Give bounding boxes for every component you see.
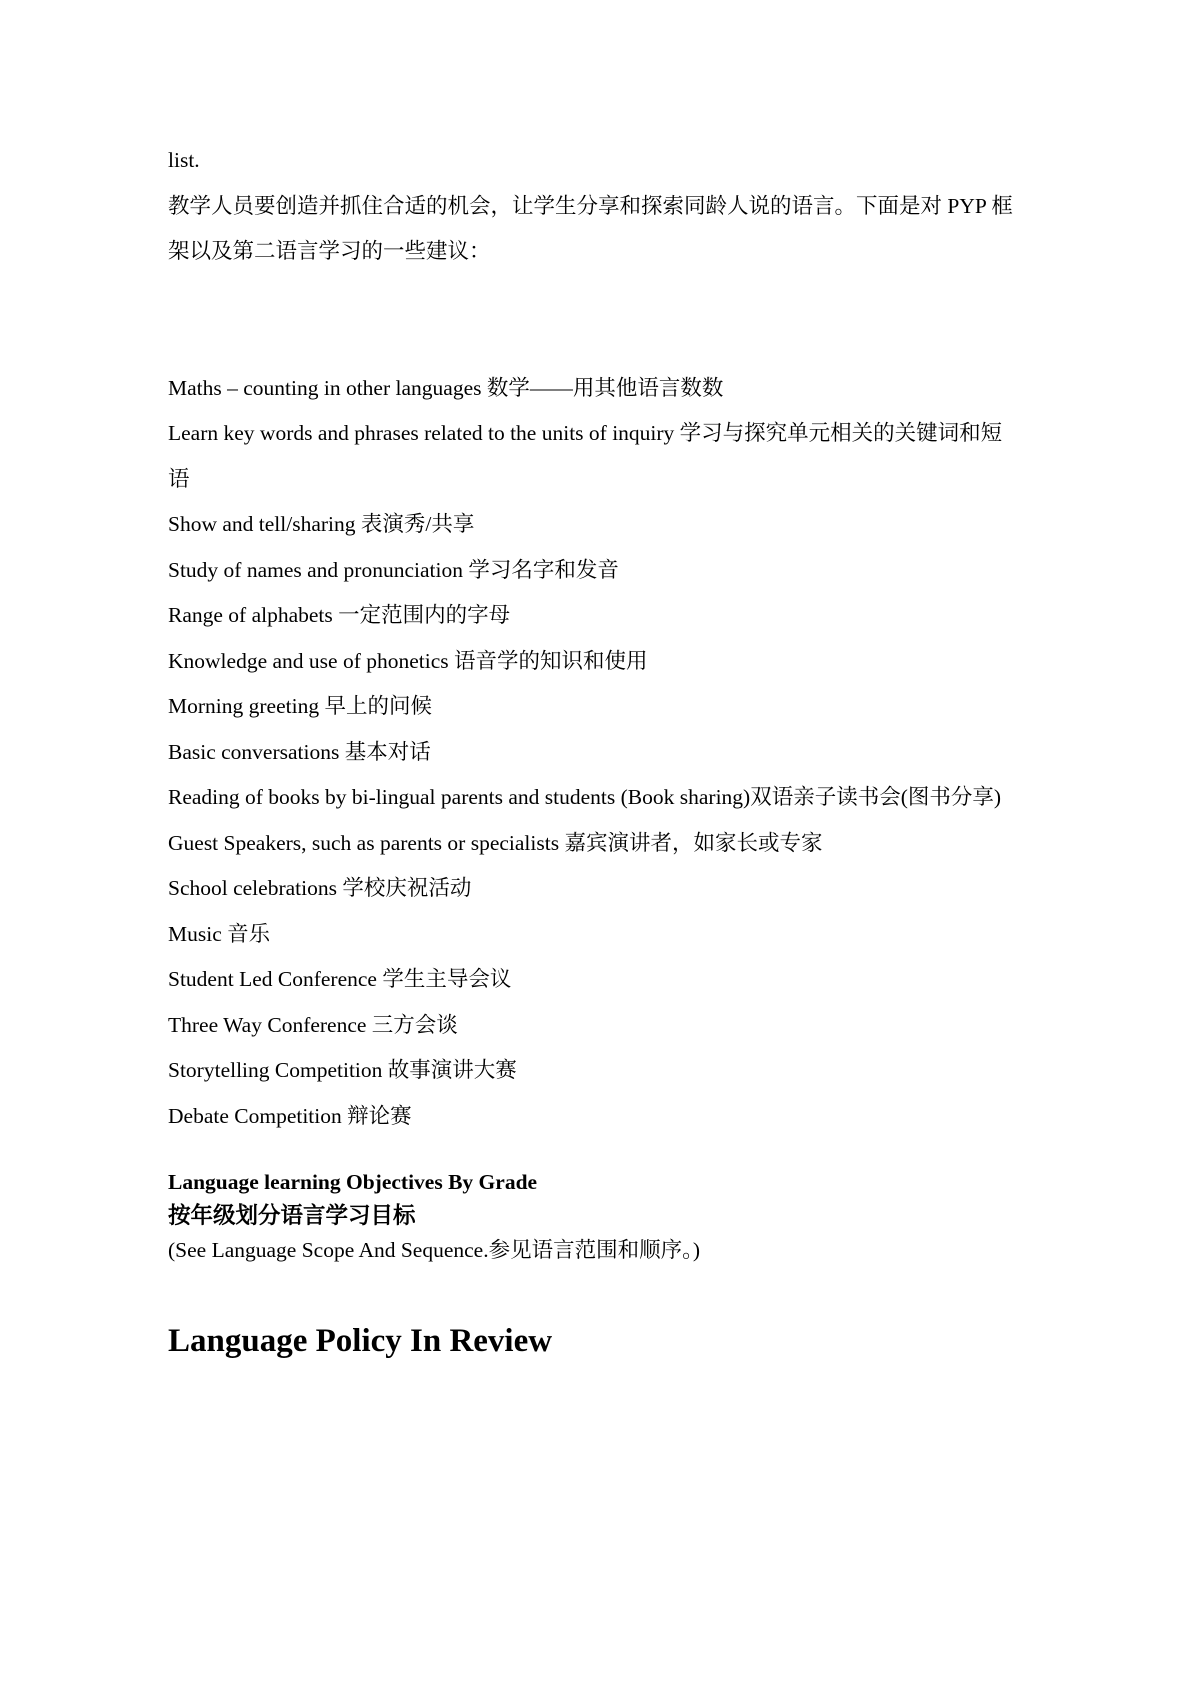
intro-paragraph: 教学人员要创造并抓住合适的机会，让学生分享和探索同龄人说的语言。下面是对 PYP… <box>168 184 1022 275</box>
suggestions-list: Maths – counting in other languages 数学——… <box>168 366 1022 1140</box>
suggestion-item: Reading of books by bi-lingual parents a… <box>168 775 1022 821</box>
suggestion-item: Knowledge and use of phonetics 语音学的知识和使用 <box>168 639 1022 685</box>
suggestion-item: Range of alphabets 一定范围内的字母 <box>168 593 1022 639</box>
intro-fragment-line: list. <box>168 138 1022 184</box>
suggestion-item: Storytelling Competition 故事演讲大赛 <box>168 1048 1022 1094</box>
suggestion-item: School celebrations 学校庆祝活动 <box>168 866 1022 912</box>
document-page: list. 教学人员要创造并抓住合适的机会，让学生分享和探索同龄人说的语言。下面… <box>0 0 1190 1683</box>
objectives-section: Language learning Objectives By Grade 按年… <box>168 1165 1022 1267</box>
suggestion-item: Basic conversations 基本对话 <box>168 730 1022 776</box>
objectives-heading-en: Language learning Objectives By Grade <box>168 1165 1022 1199</box>
suggestion-item: Debate Competition 辩论赛 <box>168 1094 1022 1140</box>
suggestion-item: Music 音乐 <box>168 912 1022 958</box>
suggestion-item: Three Way Conference 三方会谈 <box>168 1003 1022 1049</box>
suggestion-item: Show and tell/sharing 表演秀/共享 <box>168 502 1022 548</box>
suggestion-item: Learn key words and phrases related to t… <box>168 411 1022 502</box>
section-heading-language-policy-in-review: Language Policy In Review <box>168 1321 1022 1361</box>
suggestion-item: Student Led Conference 学生主导会议 <box>168 957 1022 1003</box>
paragraph-gap <box>168 275 1022 366</box>
objectives-heading-zh: 按年级划分语言学习目标 <box>168 1199 1022 1233</box>
suggestion-item: Guest Speakers, such as parents or speci… <box>168 821 1022 867</box>
suggestion-item: Maths – counting in other languages 数学——… <box>168 366 1022 412</box>
suggestion-item: Morning greeting 早上的问候 <box>168 684 1022 730</box>
objectives-reference-note: (See Language Scope And Sequence.参见语言范围和… <box>168 1233 1022 1267</box>
suggestion-item: Study of names and pronunciation 学习名字和发音 <box>168 548 1022 594</box>
